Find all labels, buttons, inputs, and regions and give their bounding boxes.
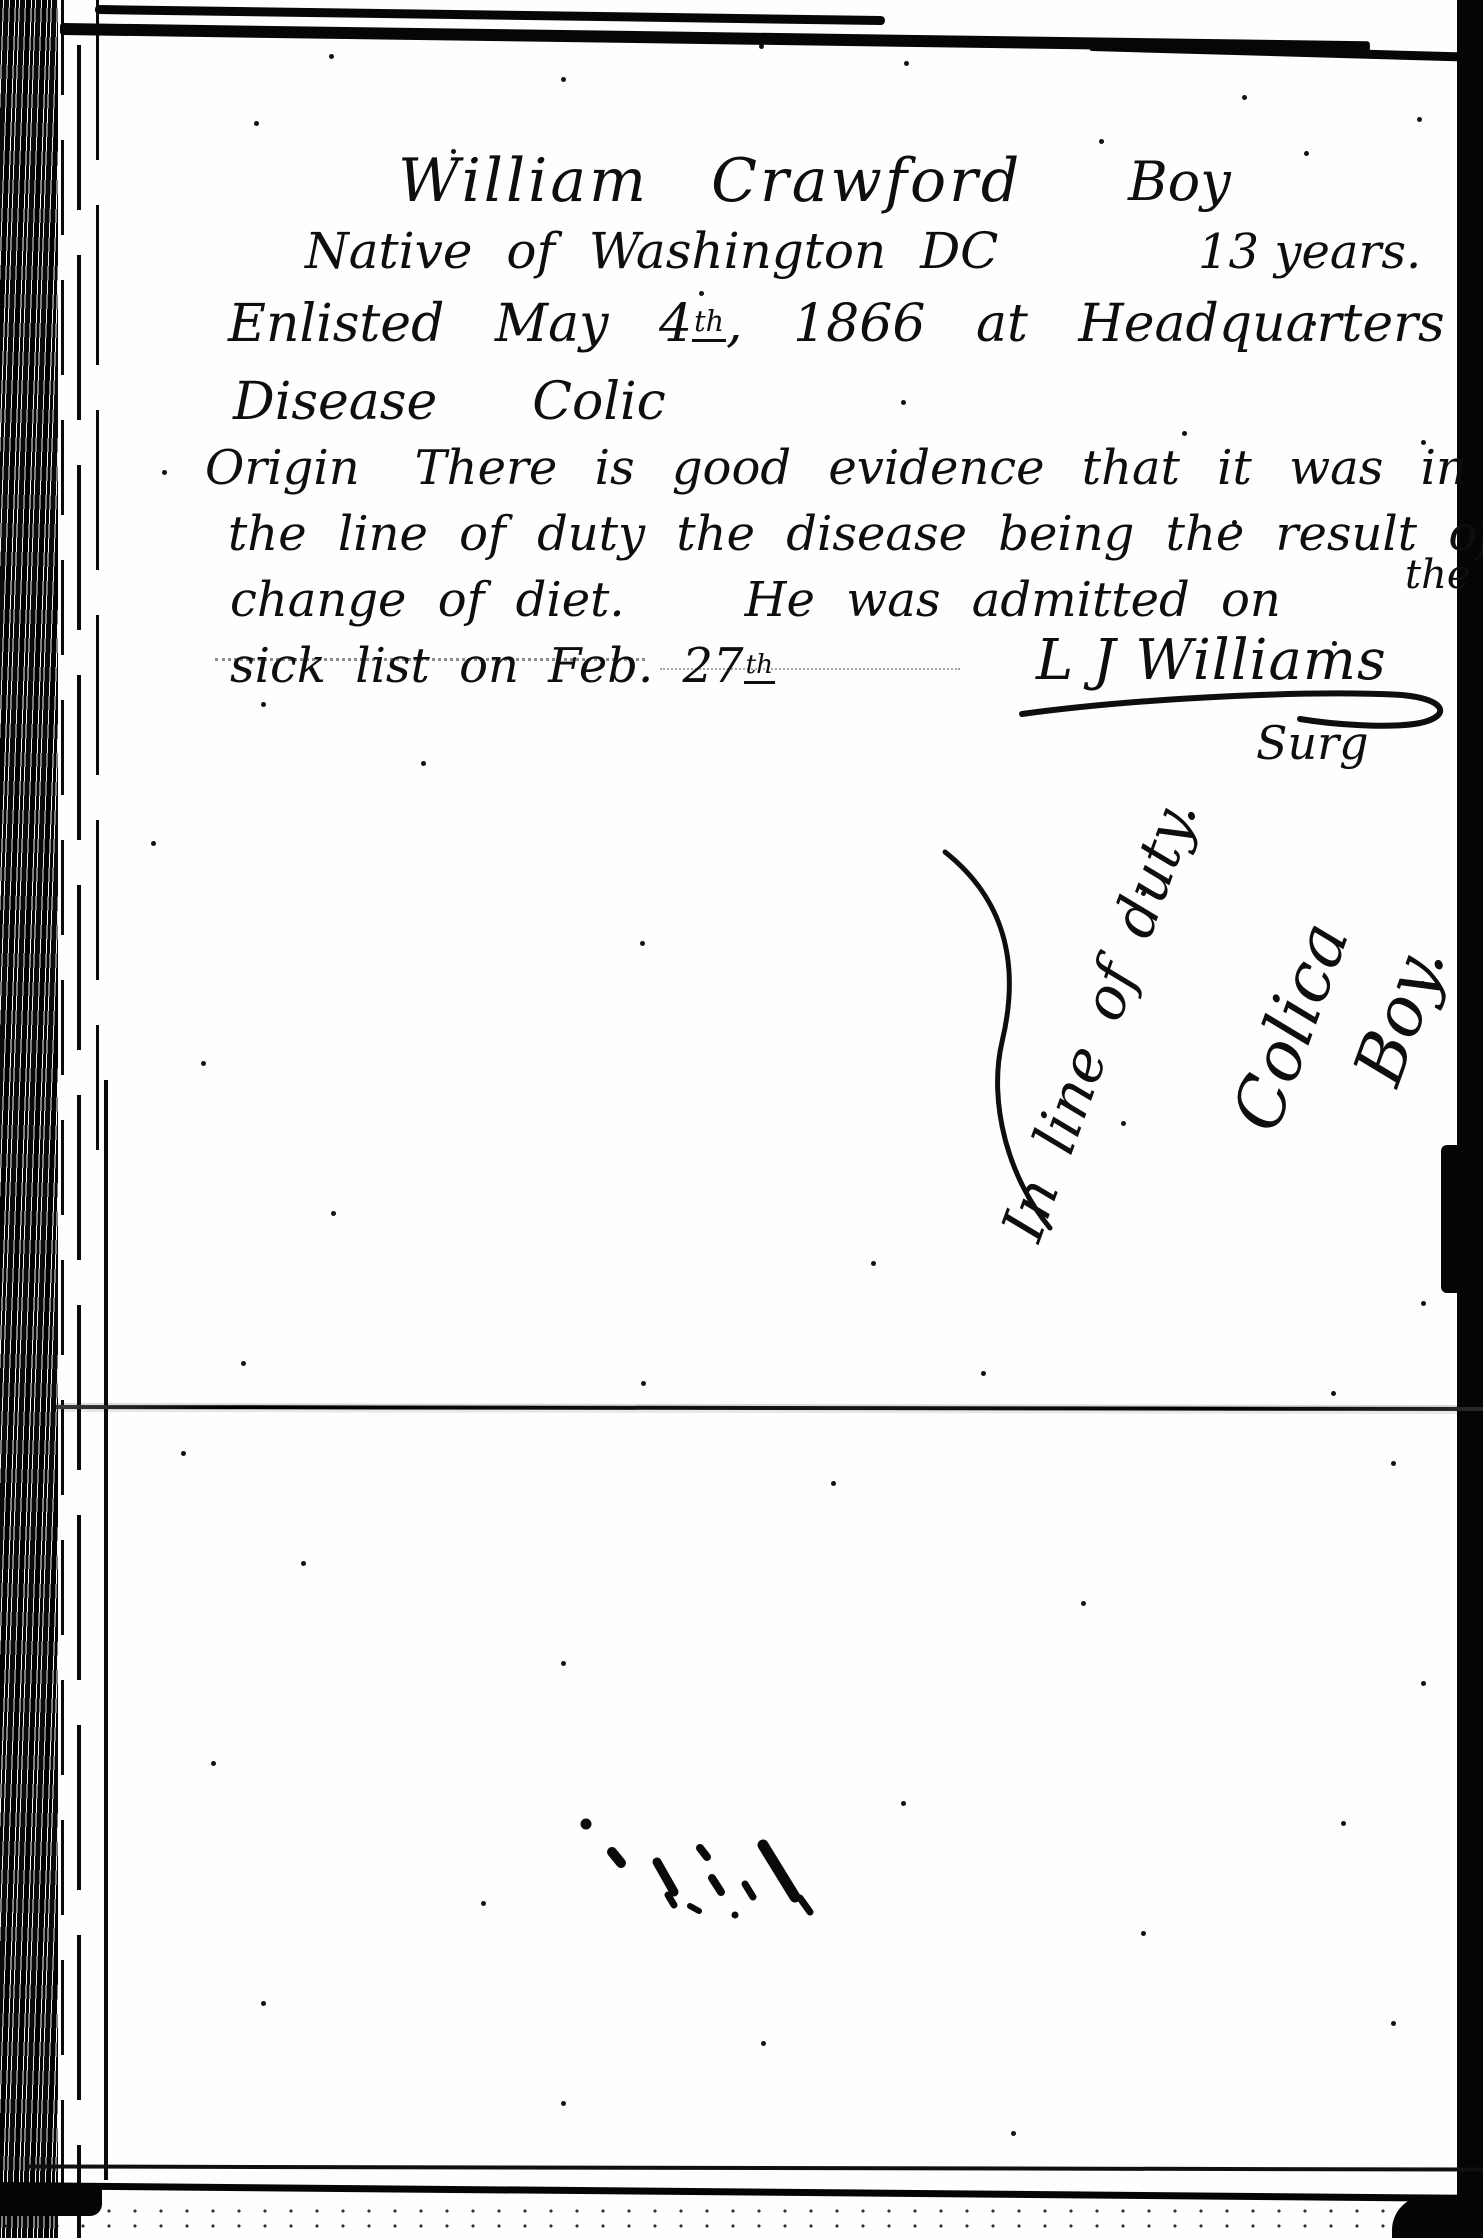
- signature-flourish: [1022, 694, 1440, 726]
- scanned-document-page: William Crawford Boy Native of Washingto…: [0, 0, 1483, 2238]
- ink-smudge: [581, 1819, 810, 1918]
- pen-flourishes: [0, 0, 1483, 2238]
- s-curve-flourish: [945, 852, 1050, 1228]
